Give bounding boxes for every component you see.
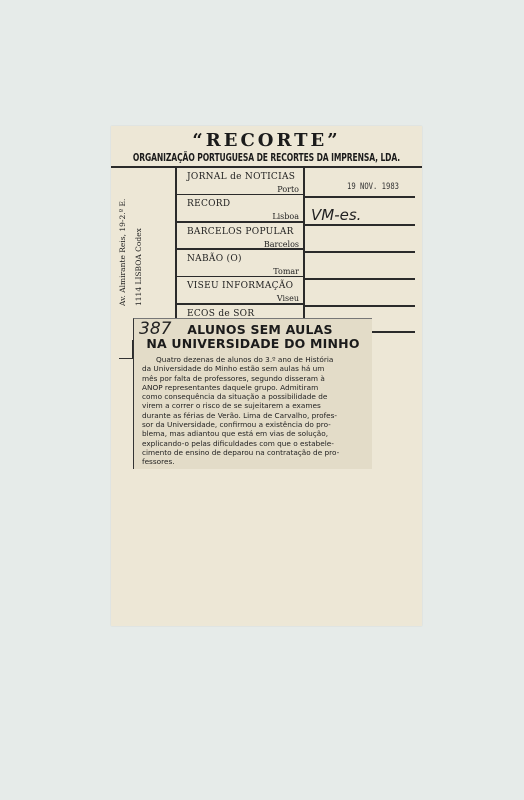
handwritten-note: VM-es.: [311, 206, 361, 224]
article-line: mês por falta de professores, segundo di…: [142, 374, 368, 383]
agency-subtitle: ORGANIZAÇÃO PORTUGUESA DE RECORTES DA IM…: [111, 151, 422, 163]
article-line: explicando-o pelas dificuldades com que …: [142, 439, 368, 448]
publication-city: Lisboa: [272, 212, 299, 221]
article-line: blema, mas adiantou que está em vias de …: [142, 429, 368, 438]
publication-name: RECORD: [187, 199, 230, 209]
row-line: [305, 278, 415, 280]
publication-name: VISEU INFORMAÇÃO: [187, 281, 293, 291]
article-line: Quatro dezenas de alunos do 3.º ano de H…: [142, 355, 368, 364]
publication-name: NABÃO (O): [187, 254, 242, 264]
date-stamp: 19 NOV. 1983: [347, 182, 399, 192]
publication-city: Tomar: [273, 267, 299, 276]
row-line: [305, 196, 415, 198]
publication-name: BARCELOS POPULAR: [187, 227, 294, 237]
row-line: [369, 331, 415, 333]
row-line: [305, 305, 415, 307]
publication-city: Viseu: [277, 294, 299, 303]
article-line: virem a correr o risco de se sujeitarem …: [142, 401, 368, 410]
article-line: cimento de ensino de deparou na contrata…: [142, 448, 368, 457]
article-line: fessores.: [142, 457, 368, 466]
article-body: Quatro dezenas de alunos do 3.º ano de H…: [142, 355, 368, 467]
row-line: [305, 251, 415, 253]
address-line-1: Av. Almirante Reis, 19-2.º E.: [115, 156, 131, 306]
publication-city: Porto: [277, 185, 299, 194]
article-line: ANOP representantes daquele grupo. Admit…: [142, 383, 368, 392]
address-line-2: 1114 LISBOA Codex: [131, 156, 147, 306]
headline-line-2: NA UNIVERSIDADE DO MINHO: [134, 337, 372, 350]
article-line: sor da Universidade, confirmou a existên…: [142, 420, 368, 429]
publication-city: Barcelos: [264, 240, 299, 249]
newspaper-clipping: 387 ALUNOS SEM AULAS NA UNIVERSIDADE DO …: [133, 318, 372, 469]
article-line: durante as férias de Verão. Lima de Carv…: [142, 411, 368, 420]
agency-title: “RECORTE”: [111, 130, 422, 151]
article-line: da Universidade do Minho estão sem aulas…: [142, 364, 368, 373]
publication-name: JORNAL de NOTICIAS: [187, 172, 295, 182]
headline-line-1: ALUNOS SEM AULAS: [134, 323, 372, 336]
margin-tick: [119, 358, 133, 359]
row-line: [305, 224, 415, 226]
agency-address: Av. Almirante Reis, 19-2.º E. 1114 LISBO…: [115, 156, 155, 306]
publication-name: ECOS de SOR: [187, 309, 254, 319]
article-line: como consequência da situação a possibil…: [142, 392, 368, 401]
